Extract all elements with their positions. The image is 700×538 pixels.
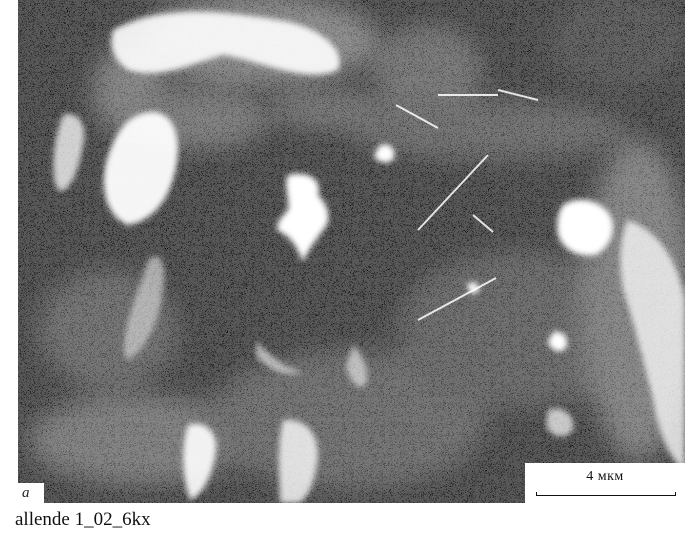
sem-micrograph [18,0,685,503]
figure: a 4 мкм allende 1_02_6kx [0,0,700,538]
panel-label: a [18,483,44,503]
micrograph-image [18,0,685,503]
figure-caption: allende 1_02_6kx [15,509,151,531]
scale-bar-label: 4 мкм [525,469,685,485]
scale-bar-line [536,492,676,496]
scale-bar: 4 мкм [525,463,685,503]
